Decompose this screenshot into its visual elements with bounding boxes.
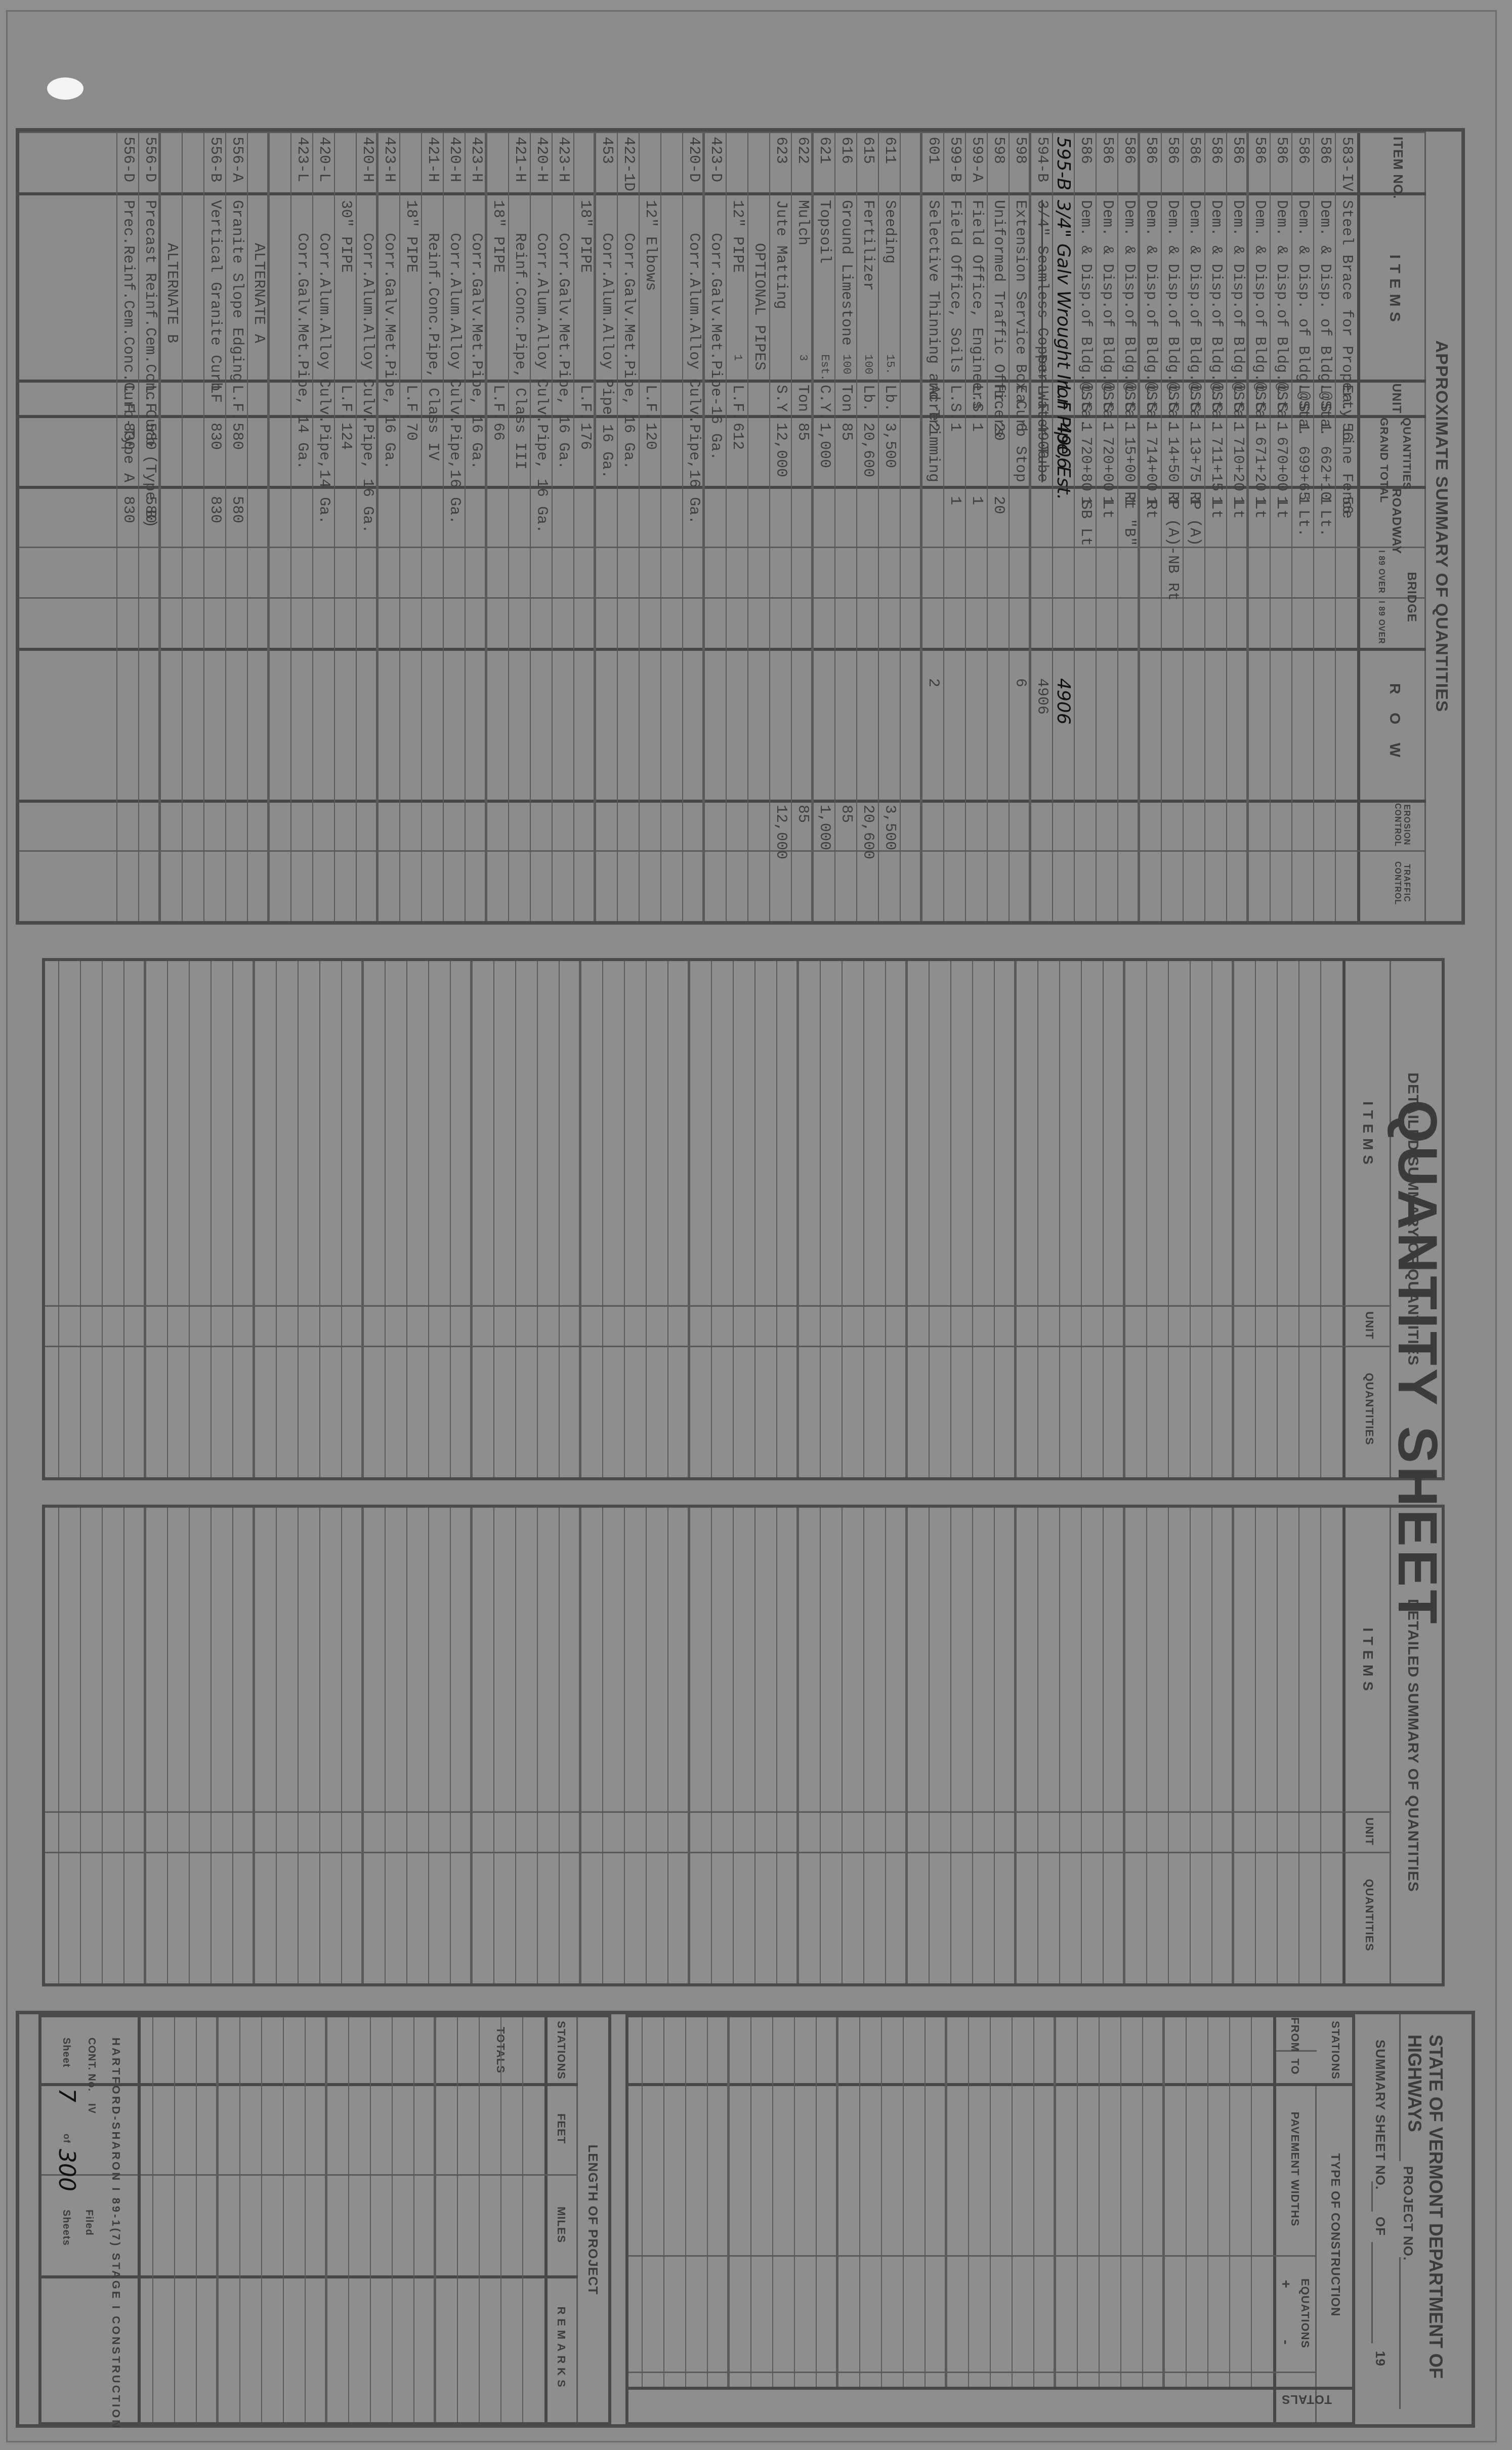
unit-cell: L.F. <box>640 385 660 421</box>
ruled-line <box>707 2017 708 2387</box>
grand-total-cell: 176 <box>575 423 595 450</box>
item-no-cell: 586 <box>1184 137 1204 164</box>
item-description-cell: Field Office, Engineers <box>967 200 987 409</box>
unit-cell: L.F. <box>140 385 160 421</box>
unit-cell: L.S. <box>1271 385 1291 421</box>
ruled-line <box>842 961 843 1477</box>
ruled-line <box>470 961 473 1477</box>
unit-cell: Lb. <box>879 385 900 412</box>
ruled-line <box>1277 1508 1278 1983</box>
project-no-field-2[interactable] <box>1399 2257 1401 2409</box>
roadway-cell: 20 <box>988 496 1009 514</box>
item-no-cell: 453 <box>597 137 617 164</box>
ruled-line <box>711 961 712 1477</box>
grand-total-cell: 4906 <box>1053 423 1074 469</box>
col-item-no: ITEM NO. <box>1391 137 1406 187</box>
ruled-line <box>885 961 886 1477</box>
col-row: R O W <box>1386 650 1403 797</box>
col-erosion-control: EROSION CONTROL <box>1393 802 1411 848</box>
ruled-line <box>754 961 755 1477</box>
ruled-line <box>341 1508 342 1983</box>
ruled-line <box>522 2017 523 2422</box>
roadway-cell: 1 <box>1097 496 1117 505</box>
unit-cell: Lb. <box>858 385 878 412</box>
stations-header: STATIONS <box>1329 2017 1342 2083</box>
ruled-line <box>406 1508 407 1983</box>
item-no-cell: 422-1D <box>618 137 639 191</box>
grand-total-cell: 4906 <box>1032 423 1052 459</box>
erosion-control-cell: 1,000 <box>814 805 834 850</box>
item-no-cell: 594-B <box>1032 137 1052 182</box>
unit-cell: L.S. <box>1119 385 1139 421</box>
item-no-cell: 621 <box>814 137 834 164</box>
ruled-line <box>754 1508 755 1983</box>
ruled-line <box>413 2017 414 2422</box>
ruled-line <box>167 1508 168 1983</box>
item-no-cell: 586 <box>1206 137 1226 164</box>
erosion-control-cell: 20,600 <box>858 805 878 859</box>
ruled-line <box>450 961 451 1477</box>
length-of-project-title: LENGTH OF PROJECT <box>585 2017 601 2422</box>
item-description-cell: Dem. & Disp.of Bldg.@Sta. 13+75 RP (A) <box>1184 200 1204 546</box>
stations-table: STATIONS FROM TO TYPE OF CONSTRUCTION PA… <box>625 2014 1355 2425</box>
item-description-cell: 30" PIPE <box>335 200 356 273</box>
ruled-line <box>1059 1508 1060 1983</box>
project-no-field[interactable] <box>1399 2014 1401 2161</box>
item-no-cell: 598 <box>1010 137 1030 164</box>
roadway-cell: 1 <box>1184 496 1204 505</box>
item-no-cell: 583-IV <box>1336 137 1357 191</box>
unit-cell: L.F. <box>488 385 508 421</box>
sheets-label: Sheets <box>60 2210 72 2246</box>
ruled-line <box>1186 2017 1187 2387</box>
ruled-line <box>1211 961 1212 1477</box>
ruled-line <box>1298 1508 1299 1983</box>
length-rows <box>143 2017 545 2422</box>
grand-total-cell: 1 <box>1249 423 1270 432</box>
summary-of-label: OF <box>1372 2217 1388 2236</box>
col-bridge-sub-2: I 89 OVER <box>1376 600 1385 645</box>
col-grand-total: GRAND TOTAL <box>1377 418 1391 483</box>
ruled-line <box>428 1508 429 1983</box>
ruled-line <box>385 961 386 1477</box>
ruled-line <box>1103 961 1104 1477</box>
item-description-cell: Corr.Galv.Met.Pipe, 16 Ga. <box>466 233 486 470</box>
miles-header: MILES <box>555 2174 568 2275</box>
minus-header: - <box>1278 2313 1294 2372</box>
item-description-cell: ALTERNATE B <box>161 243 182 343</box>
grand-total-cell: 66 <box>488 423 508 441</box>
type-of-construction-header: TYPE OF CONSTRUCTION <box>1328 2083 1342 2387</box>
unit-cell: L.S. <box>1249 385 1270 421</box>
grand-total-cell: 1 <box>1119 423 1139 432</box>
erosion-control-cell: 3,500 <box>879 805 900 850</box>
ruled-line <box>950 961 951 1477</box>
detailed-2-col-unit: UNIT <box>1363 1811 1376 1852</box>
ruled-line <box>1012 2017 1013 2387</box>
unit-cell: L.S. <box>1162 385 1183 421</box>
item-description-cell: Mulch <box>792 200 813 245</box>
ruled-line <box>1255 961 1256 1477</box>
ruled-line <box>994 1508 995 1983</box>
remarks-header: REMARKS <box>555 2275 568 2422</box>
roadway-cell: 1 <box>1315 496 1335 505</box>
item-no-cell: 586 <box>1119 137 1139 164</box>
ruled-line <box>428 961 429 1477</box>
ruled-line <box>102 961 103 1477</box>
unit-cell: L.S. <box>1184 385 1204 421</box>
unit-cell: LF <box>205 385 225 403</box>
ruled-line <box>515 1508 516 1983</box>
item-description-cell: Dem. & Disp.of Bldg.@Sta. 714+00 Rt <box>1141 200 1161 519</box>
col-bridge: BRIDGE <box>1404 549 1418 645</box>
summary-sheet-label: SUMMARY SHEET NO. <box>1372 2040 1388 2190</box>
detailed-1-col-quantities: QUANTITIES <box>1363 1346 1376 1472</box>
grand-total-cell: 20 <box>988 423 1009 441</box>
item-description-cell: Seeding <box>879 200 900 264</box>
grand-total-cell: 830 <box>118 423 138 450</box>
grand-total-cell: 1,000 <box>814 423 834 468</box>
grand-total-cell: 2 <box>923 423 943 432</box>
item-no-cell: 586 <box>1228 137 1248 164</box>
ruled-line <box>1054 2017 1056 2387</box>
unit-cell: S.Y. <box>771 385 791 421</box>
ruled-line <box>733 961 734 1477</box>
ruled-line <box>1229 2017 1230 2387</box>
unit-cell: Ea. <box>1010 385 1030 412</box>
ruled-line <box>1059 961 1060 1477</box>
ruled-line <box>559 1508 560 1983</box>
erosion-control-cell: 85 <box>792 805 813 823</box>
ruled-line <box>863 961 864 1477</box>
erosion-control-cell: 12,000 <box>771 805 791 859</box>
unit-cell: L.S. <box>945 385 965 421</box>
item-no-cell: 586 <box>1097 137 1117 164</box>
item-description-cell: 12" Elbows <box>640 200 660 291</box>
note-cell: 100 <box>836 354 856 375</box>
ruled-line <box>733 1508 734 1983</box>
unit-cell: L.F. <box>227 385 247 421</box>
ruled-line <box>470 1508 473 1983</box>
roadway-cell: 1 <box>1249 496 1270 505</box>
grand-total-cell: 580 <box>140 423 160 450</box>
ruled-line <box>663 2017 664 2387</box>
ruled-line <box>990 2017 991 2387</box>
paper: APPROXIMATE SUMMARY OF QUANTITIES ITEM N… <box>6 10 1497 2442</box>
summary-sheet-total-field[interactable] <box>1371 2242 1373 2343</box>
note-cell: 100 <box>858 354 878 375</box>
ruled-line <box>493 961 494 1477</box>
item-no-cell: 420-L <box>314 137 334 182</box>
ruled-line <box>1123 1508 1125 1983</box>
item-no-cell: 423-D <box>705 137 726 182</box>
ruled-line <box>820 1508 821 1983</box>
ruled-line <box>537 1508 538 1983</box>
detailed-summary-table-1: DETAILED SUMMARY OF QUANTITIES I T E M S… <box>42 958 1445 1480</box>
item-no-cell: 615 <box>858 137 878 164</box>
item-no-cell: 423-H <box>379 137 399 182</box>
item-no-cell: 599-B <box>945 137 965 182</box>
ruled-line <box>1123 961 1125 1477</box>
detailed-1-rows <box>45 961 1343 1477</box>
item-no-cell: 420-H <box>444 137 465 182</box>
to-header: TO <box>1288 2050 1301 2083</box>
item-no-cell: 598 <box>988 137 1009 164</box>
ruled-line <box>152 2017 153 2422</box>
ruled-line <box>58 961 59 1477</box>
unit-cell: L.F. <box>401 385 421 421</box>
roadway-cell: 1 <box>1162 496 1183 505</box>
ruled-line <box>579 1508 581 1983</box>
item-description-cell: Corr.Alum.Alloy Culv.Pipe, 16 Ga. <box>357 233 377 533</box>
ruled-line <box>319 961 320 1477</box>
grand-total-cell: 20,600 <box>858 423 878 477</box>
ruled-line <box>174 2017 175 2422</box>
ruled-line <box>1168 1508 1169 1983</box>
ruled-line <box>276 1508 277 1983</box>
item-description-cell: Dem. & Disp. of Bldg.@Sta. 662+10 Lt. <box>1315 200 1335 537</box>
ruled-line <box>211 961 212 1477</box>
item-description-cell: Reinf.Conc.Pipe, Class III <box>510 233 530 470</box>
item-description-cell: Corr.Galv.Met.Pipe, 16 Ga. <box>553 233 573 470</box>
ruled-line <box>283 2017 284 2422</box>
ruled-line <box>1014 961 1017 1477</box>
item-no-cell: 423-L <box>292 137 312 182</box>
grand-total-cell: 1 <box>945 423 965 432</box>
item-description-cell: Steel Brace for Property Line Fence <box>1336 200 1357 519</box>
ruled-line <box>144 1508 146 1983</box>
ruled-line <box>950 1508 951 1983</box>
unit-cell: L.F. <box>118 385 138 421</box>
item-no-cell: 616 <box>836 137 856 164</box>
ruled-line <box>842 1508 843 1983</box>
ruled-line <box>253 961 255 1477</box>
note-cell: 15. <box>879 354 900 375</box>
ruled-line <box>1014 1508 1017 1983</box>
ruled-line <box>211 1508 212 1983</box>
summary-sheet-no-field[interactable] <box>1371 2181 1373 2212</box>
item-no-cell: 421-H <box>510 137 530 182</box>
equations-header: EQUATIONS <box>1298 2255 1312 2372</box>
stations-rows <box>628 2017 1274 2387</box>
ruled-line <box>776 961 777 1477</box>
item-no-cell: 623 <box>771 137 791 164</box>
ruled-line <box>361 1508 364 1983</box>
unit-cell: Hr. <box>988 385 1009 412</box>
roadway-cell: 1 <box>1075 496 1096 505</box>
unit-cell: Ton <box>836 385 856 412</box>
plus-header: + <box>1278 2255 1294 2313</box>
ruled-line <box>836 2017 838 2387</box>
item-description-cell: ALTERNATE A <box>248 243 269 343</box>
grand-total-cell: 3,500 <box>879 423 900 468</box>
item-description-cell: Topsoil <box>814 200 834 264</box>
grand-total-cell: 124 <box>335 423 356 450</box>
ruled-line <box>1081 961 1082 1477</box>
erosion-control-cell: 85 <box>836 805 856 823</box>
ruled-line <box>688 1508 690 1983</box>
item-no-cell: 595-B <box>1053 137 1074 190</box>
ruled-line <box>102 1508 103 1983</box>
ruled-line <box>776 1508 777 1983</box>
detailed-2-col-quantities: QUANTITIES <box>1363 1852 1376 1978</box>
unit-cell: C.Y. <box>814 385 834 421</box>
ruled-line <box>1077 2017 1078 2387</box>
ruled-line <box>1211 1508 1212 1983</box>
ruled-line <box>123 1508 124 1983</box>
ruled-line <box>1037 961 1038 1477</box>
ruled-line <box>905 1508 908 1983</box>
ruled-line <box>646 961 647 1477</box>
item-description-cell: 18" PIPE <box>575 200 595 273</box>
item-description-cell: Corr.Galv.Met.Pipe, 14 Ga. <box>292 233 312 470</box>
ruled-line <box>1033 2017 1034 2387</box>
ruled-line <box>196 2017 197 2422</box>
item-description-cell: Reinf.Conc.Pipe, Class IV <box>423 233 443 461</box>
from-header: FROM <box>1288 2017 1301 2050</box>
unit-cell: L.S. <box>1097 385 1117 421</box>
ruled-line <box>239 2017 240 2422</box>
note-cell: Est. <box>814 354 834 381</box>
unit-cell: Ea. <box>1336 385 1357 412</box>
ruled-line <box>579 961 581 1477</box>
item-description-cell: Fertilizer <box>858 200 878 291</box>
ruled-line <box>232 1508 233 1983</box>
roadway-cell: 1 <box>1141 496 1161 505</box>
grand-total-cell: 56 <box>1336 423 1357 441</box>
item-description-cell: Jute Matting <box>771 200 791 309</box>
detailed-2-col-items: I T E M S <box>1360 1508 1376 1811</box>
item-description-cell: Dem. & Disp.of Bldg.@Sta. 15+00 Rt "B" <box>1119 200 1139 546</box>
ruled-line <box>1103 1508 1104 1983</box>
grand-total-cell: 6 <box>1010 423 1030 432</box>
item-description-cell: OPTIONAL PIPES <box>749 243 769 370</box>
item-description-cell: Corr.Alum.Alloy Pipe 16 Ga. <box>597 233 617 479</box>
col-bridge-sub-1: I 89 OVER <box>1376 549 1385 595</box>
item-no-cell: 586 <box>1249 137 1270 164</box>
detailed-summary-table-2: DETAILED SUMMARY OF QUANTITIES I T E M S… <box>42 1505 1445 1986</box>
ruled-line <box>1232 1508 1234 1983</box>
unit-cell: L.S. <box>1228 385 1248 421</box>
ruled-line <box>903 2017 904 2387</box>
approx-summary-title: APPROXIMATE SUMMARY OF QUANTITIES <box>1432 132 1451 921</box>
ruled-line <box>479 2017 480 2422</box>
detailed-1-col-items: I T E M S <box>1360 961 1376 1305</box>
project-no-label: PROJECT NO. <box>1400 2166 1416 2261</box>
ruled-line <box>189 1508 190 1983</box>
item-no-cell: 586 <box>1271 137 1291 164</box>
item-description-cell: Dem. & Disp.of Bldg.@Sta. 670+00 Lt <box>1271 200 1291 519</box>
unit-cell: L.F. <box>575 385 595 421</box>
row-cell: 4906 <box>1053 678 1074 725</box>
item-description-cell: 12" PIPE <box>727 200 747 273</box>
ruled-line <box>727 2017 730 2387</box>
ruled-line <box>624 1508 625 1983</box>
ruled-line <box>493 1508 494 1983</box>
item-no-cell: 601 <box>923 137 943 164</box>
item-description-cell: Corr.Alum.Alloy Culv.Pipe,14 Ga. <box>314 233 334 524</box>
grand-total-cell: 1 <box>1141 423 1161 432</box>
ruled-line <box>189 961 190 1477</box>
item-no-cell: 586 <box>1162 137 1183 164</box>
note-cell: 3 <box>792 354 813 361</box>
roadway-cell: 1 <box>945 496 965 505</box>
grand-total-cell: 1 <box>1293 423 1313 432</box>
item-no-cell: 420-H <box>531 137 552 182</box>
punch-hole <box>47 77 83 100</box>
roadway-cell: 1 <box>1228 496 1248 505</box>
header-and-stations-block: STATE OF VERMONT DEPARTMENT OF HIGHWAYS … <box>16 2011 1475 2428</box>
ruled-line <box>1081 1508 1082 1983</box>
ruled-line <box>1099 2017 1100 2387</box>
ruled-line <box>58 1508 59 1983</box>
unit-cell: L.F <box>1053 385 1074 411</box>
ruled-line <box>1142 2017 1143 2387</box>
ruled-line <box>685 2017 686 2387</box>
footer-block: HARTFORD-SHARON I 89-1(7) STAGE I CONSTR… <box>41 2017 141 2422</box>
item-no-cell: 599-A <box>967 137 987 182</box>
item-description-cell: Dem. & Disp.of Bldg.@Sta. 720+00 Lt <box>1097 200 1117 519</box>
ruled-line <box>929 1508 930 1983</box>
unit-cell: L.F. <box>727 385 747 421</box>
item-description-cell: Corr.Galv.Met.Pipe, 16 Ga. <box>618 233 639 470</box>
ruled-line <box>885 1508 886 1983</box>
item-no-cell: 586 <box>1293 137 1313 164</box>
ruled-line <box>515 961 516 1477</box>
ruled-line <box>1320 1508 1321 1983</box>
grand-total-cell: 1 <box>1184 423 1204 432</box>
total-sheets: 300 <box>54 2149 79 2191</box>
ruled-line <box>1037 1508 1038 1983</box>
item-no-cell: 420-H <box>357 137 377 182</box>
ruled-line <box>457 2017 458 2422</box>
ruled-line <box>711 1508 712 1983</box>
note-cell: Est. <box>1032 354 1052 381</box>
sheet-of-label: of <box>61 2134 72 2143</box>
ruled-line <box>385 1508 386 1983</box>
sheet-number: 7 <box>54 2088 79 2102</box>
ruled-line <box>794 2017 795 2387</box>
ruled-line <box>646 1508 647 1983</box>
row-cell: 2 <box>923 678 943 687</box>
item-no-cell: 421-H <box>423 137 443 182</box>
pavement-widths-header: PAVEMENT WIDTHS <box>1288 2083 1301 2255</box>
filed-label: Filed <box>83 2210 95 2236</box>
col-roadway: ROADWAY <box>1389 488 1403 544</box>
unit-cell: L.F. <box>1032 385 1052 421</box>
roadway-cell: 830 <box>205 496 225 523</box>
ruled-line <box>796 1508 799 1983</box>
year-label: 19 <box>1372 2351 1388 2366</box>
ruled-line <box>945 2017 947 2387</box>
ruled-line <box>559 961 560 1477</box>
item-no-cell: 622 <box>792 137 813 164</box>
roadway-cell: 1 <box>1293 496 1313 505</box>
item-description-cell: Dem. & Disp.of Bldg.@Sta. 710+20 Lt <box>1228 200 1248 519</box>
ruled-line <box>667 1508 668 1983</box>
item-description-cell: Corr.Alum.Alloy Culv.Pipe, 16 Ga. <box>531 233 552 533</box>
quantity-sheet-title: QUANTITY SHEET <box>1385 1100 1450 1627</box>
item-description-cell: Dem. & Disp. of Bldg.@Sta. 699+65 Lt. <box>1293 200 1313 537</box>
ruled-line <box>232 961 233 1477</box>
ruled-line <box>1232 961 1234 1477</box>
item-no-cell: 556-A <box>227 137 247 182</box>
roadway-cell: 1 <box>1271 496 1291 505</box>
unit-cell: L.S. <box>1075 385 1096 421</box>
ruled-line <box>929 961 930 1477</box>
stations-totals-label: TOTALS <box>1281 2392 1332 2406</box>
ruled-line <box>123 961 124 1477</box>
